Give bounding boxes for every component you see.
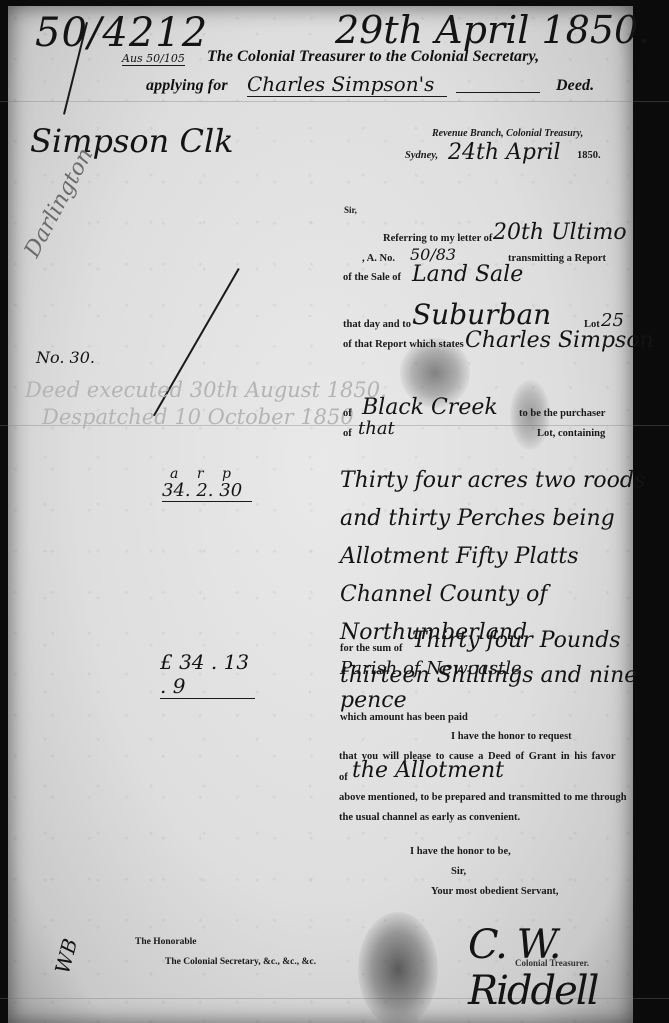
deed-label: Deed. (556, 77, 594, 95)
amount-figure: £ 34 . 13 . 9 (160, 650, 255, 699)
that-day-value: Suburban (412, 298, 551, 331)
area-values: 34. 2. 30 (162, 480, 252, 502)
of-label: of (343, 408, 352, 419)
of-location: Black Creek (362, 395, 498, 420)
of-allotment-label: of (339, 772, 348, 783)
request-line3: above mentioned, to be prepared and tran… (339, 792, 627, 803)
received-date: 29th April 1850. (335, 8, 650, 52)
letterhead-place: Sydney, (405, 150, 438, 161)
paid-label: which amount has been paid (340, 712, 468, 723)
document-title: The Colonial Treasurer to the Colonial S… (207, 48, 539, 66)
a-no-label: , A. No. (362, 253, 395, 264)
sum-words-line2: thirteen Shillings and nine pence (340, 663, 669, 713)
salutation: Sir, (344, 205, 357, 215)
of-allotment-value: the Allotment (352, 758, 504, 783)
referring-date: 20th Ultimo (493, 220, 627, 245)
letter-year: 1850. (577, 150, 601, 161)
signature: C. W. Riddell (468, 922, 669, 1014)
request-line4: the usual channel as early as convenient… (339, 812, 520, 823)
sum-label: for the sum of (340, 643, 403, 654)
land-description-line: and thirty Perches being (340, 500, 669, 538)
margin-annotation-number: No. 30. (36, 348, 95, 367)
fingerprint-smudge (358, 912, 438, 1023)
of-that-label: of (343, 428, 352, 439)
of-that-value: that (358, 418, 395, 439)
that-day-label: that day and to (343, 319, 411, 330)
letter-date: 24th April (448, 140, 561, 165)
addressee-line1: The Honorable (135, 937, 197, 947)
addressee-line2: The Colonial Secretary, &c., &c., &c. (165, 957, 316, 967)
sale-of-label: of the Sale of (343, 272, 401, 283)
purchaser-name: Charles Simpson (465, 328, 654, 353)
lot-containing-label: Lot, containing (537, 428, 605, 439)
purchaser-label: to be the purchaser (519, 408, 605, 419)
closing-sir: Sir, (451, 866, 466, 877)
sale-of-value: Land Sale (412, 262, 523, 287)
letterhead-branch: Revenue Branch, Colonial Treasury, (432, 128, 583, 139)
closing-servant: Your most obedient Servant, (431, 886, 559, 897)
sum-words-line1: Thirty four Pounds (412, 628, 621, 653)
land-description-line: Thirty four acres two roods (340, 462, 669, 500)
deed-executed-note: Deed executed 30th August 1850. (25, 378, 387, 402)
report-states-label: of that Report which states (343, 339, 464, 350)
reference-number: Aus 50/105 (122, 52, 185, 66)
blank-rule (456, 92, 540, 93)
file-number: 50/4212 (35, 10, 208, 56)
closing-honor: I have the honor to be, (410, 846, 511, 857)
margin-annotation-clerk: Simpson Clk (30, 122, 234, 160)
referring-label: Referring to my letter of (383, 233, 492, 244)
applying-for-label: applying for (146, 77, 228, 95)
despatched-note: Despatched 10 October 1850 (42, 405, 354, 429)
request-line1: I have the honor to request (451, 731, 572, 742)
signature-title: Colonial Treasurer. (515, 958, 589, 968)
fold-line (0, 101, 669, 102)
land-description-line: Allotment Fifty Platts (340, 538, 669, 576)
applicant-name: Charles Simpson's (247, 72, 447, 97)
